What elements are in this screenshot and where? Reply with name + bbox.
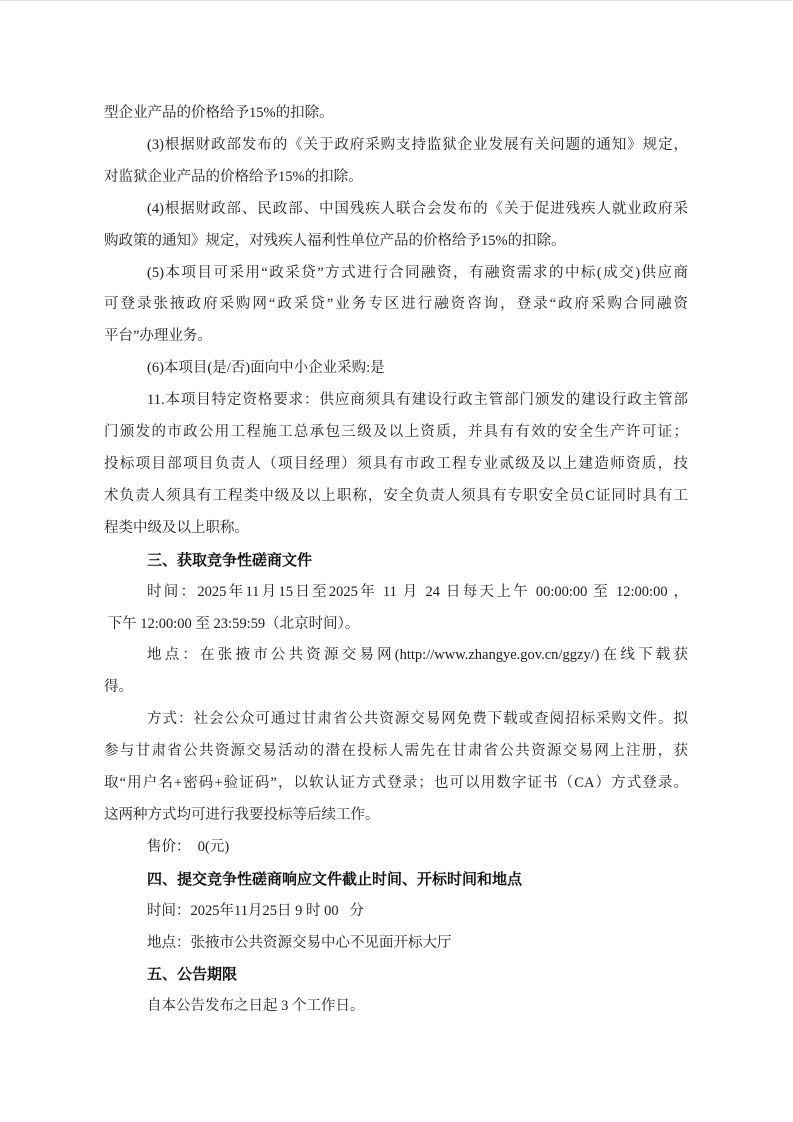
text-line: 术负责人须具有工程类中级及以上职称，安全负责人须具有专职安全员C证同时具有工 <box>104 481 688 513</box>
text-line: 购政策的通知》规定，对残疾人福利性单位产品的价格给予15%的扣除。 <box>104 226 688 258</box>
text-line: 地点：张掖市公共资源交易中心不见面开标大厅 <box>104 928 688 960</box>
text-line: 方式：社会公众可通过甘肃省公共资源交易网免费下载或查阅招标采购文件。拟 <box>104 704 688 736</box>
text-line: (4)根据财政部、民政部、中国残疾人联合会发布的《关于促进残疾人就业政府采 <box>104 194 688 226</box>
text-line: 可登录张掖政府采购网“政采贷”业务专区进行融资咨询，登录“政府采购合同融资 <box>104 289 688 321</box>
text-line: 门颁发的市政公用工程施工总承包三级及以上资质，并具有有效的安全生产许可证； <box>104 417 688 449</box>
text-line: 得。 <box>104 672 688 704</box>
text-line: (3)根据财政部发布的《关于政府采购支持监狱企业发展有关问题的通知》规定， <box>104 130 688 162</box>
text-line: 平台”办理业务。 <box>104 321 688 353</box>
text-line: 11.本项目特定资格要求：供应商须具有建设行政主管部门颁发的建设行政主管部 <box>104 385 688 417</box>
text-line: 投标项目部项目负责人（项目经理）须具有市政工程专业贰级及以上建造师资质，技 <box>104 449 688 481</box>
text-line: 取“用户名+密码+验证码”，以软认证方式登录；也可以用数字证书（CA）方式登录。 <box>104 768 688 800</box>
text-line: 参与甘肃省公共资源交易活动的潜在投标人需先在甘肃省公共资源交易网上注册，获 <box>104 736 688 768</box>
text-line: 型企业产品的价格给予15%的扣除。 <box>104 98 688 130</box>
document-page: 型企业产品的价格给予15%的扣除。(3)根据财政部发布的《关于政府采购支持监狱企… <box>0 1 793 1122</box>
text-line: 下午 12:00:00 至 23:59:59（北京时间）。 <box>104 609 688 641</box>
section-heading: 五、公告期限 <box>104 959 688 991</box>
text-line: 对监狱企业产品的价格给予15%的扣除。 <box>104 162 688 194</box>
text-line: 时间：2025年11月25日 9 时 00 分 <box>104 896 688 928</box>
text-line: (6)本项目(是/否)面向中小企业采购:是 <box>104 353 688 385</box>
text-line: 时间：2025年11月15日至2025年 11 月 24 日每天上午 00:00… <box>104 577 688 609</box>
section-heading: 四、提交竞争性磋商响应文件截止时间、开标时间和地点 <box>104 864 688 896</box>
text-line: 这两种方式均可进行我要投标等后续工作。 <box>104 800 688 832</box>
text-line: (5)本项目可采用“政采贷”方式进行合同融资，有融资需求的中标(成交)供应商 <box>104 258 688 290</box>
text-line: 地点：在张掖市公共资源交易网(http://www.zhangye.gov.cn… <box>104 640 688 672</box>
document-body: 型企业产品的价格给予15%的扣除。(3)根据财政部发布的《关于政府采购支持监狱企… <box>104 98 688 1023</box>
section-heading: 三、获取竞争性磋商文件 <box>104 545 688 577</box>
text-line: 自本公告发布之日起 3 个工作日。 <box>104 991 688 1023</box>
text-line: 程类中级及以上职称。 <box>104 513 688 545</box>
text-line: 售价： 0(元) <box>104 832 688 864</box>
